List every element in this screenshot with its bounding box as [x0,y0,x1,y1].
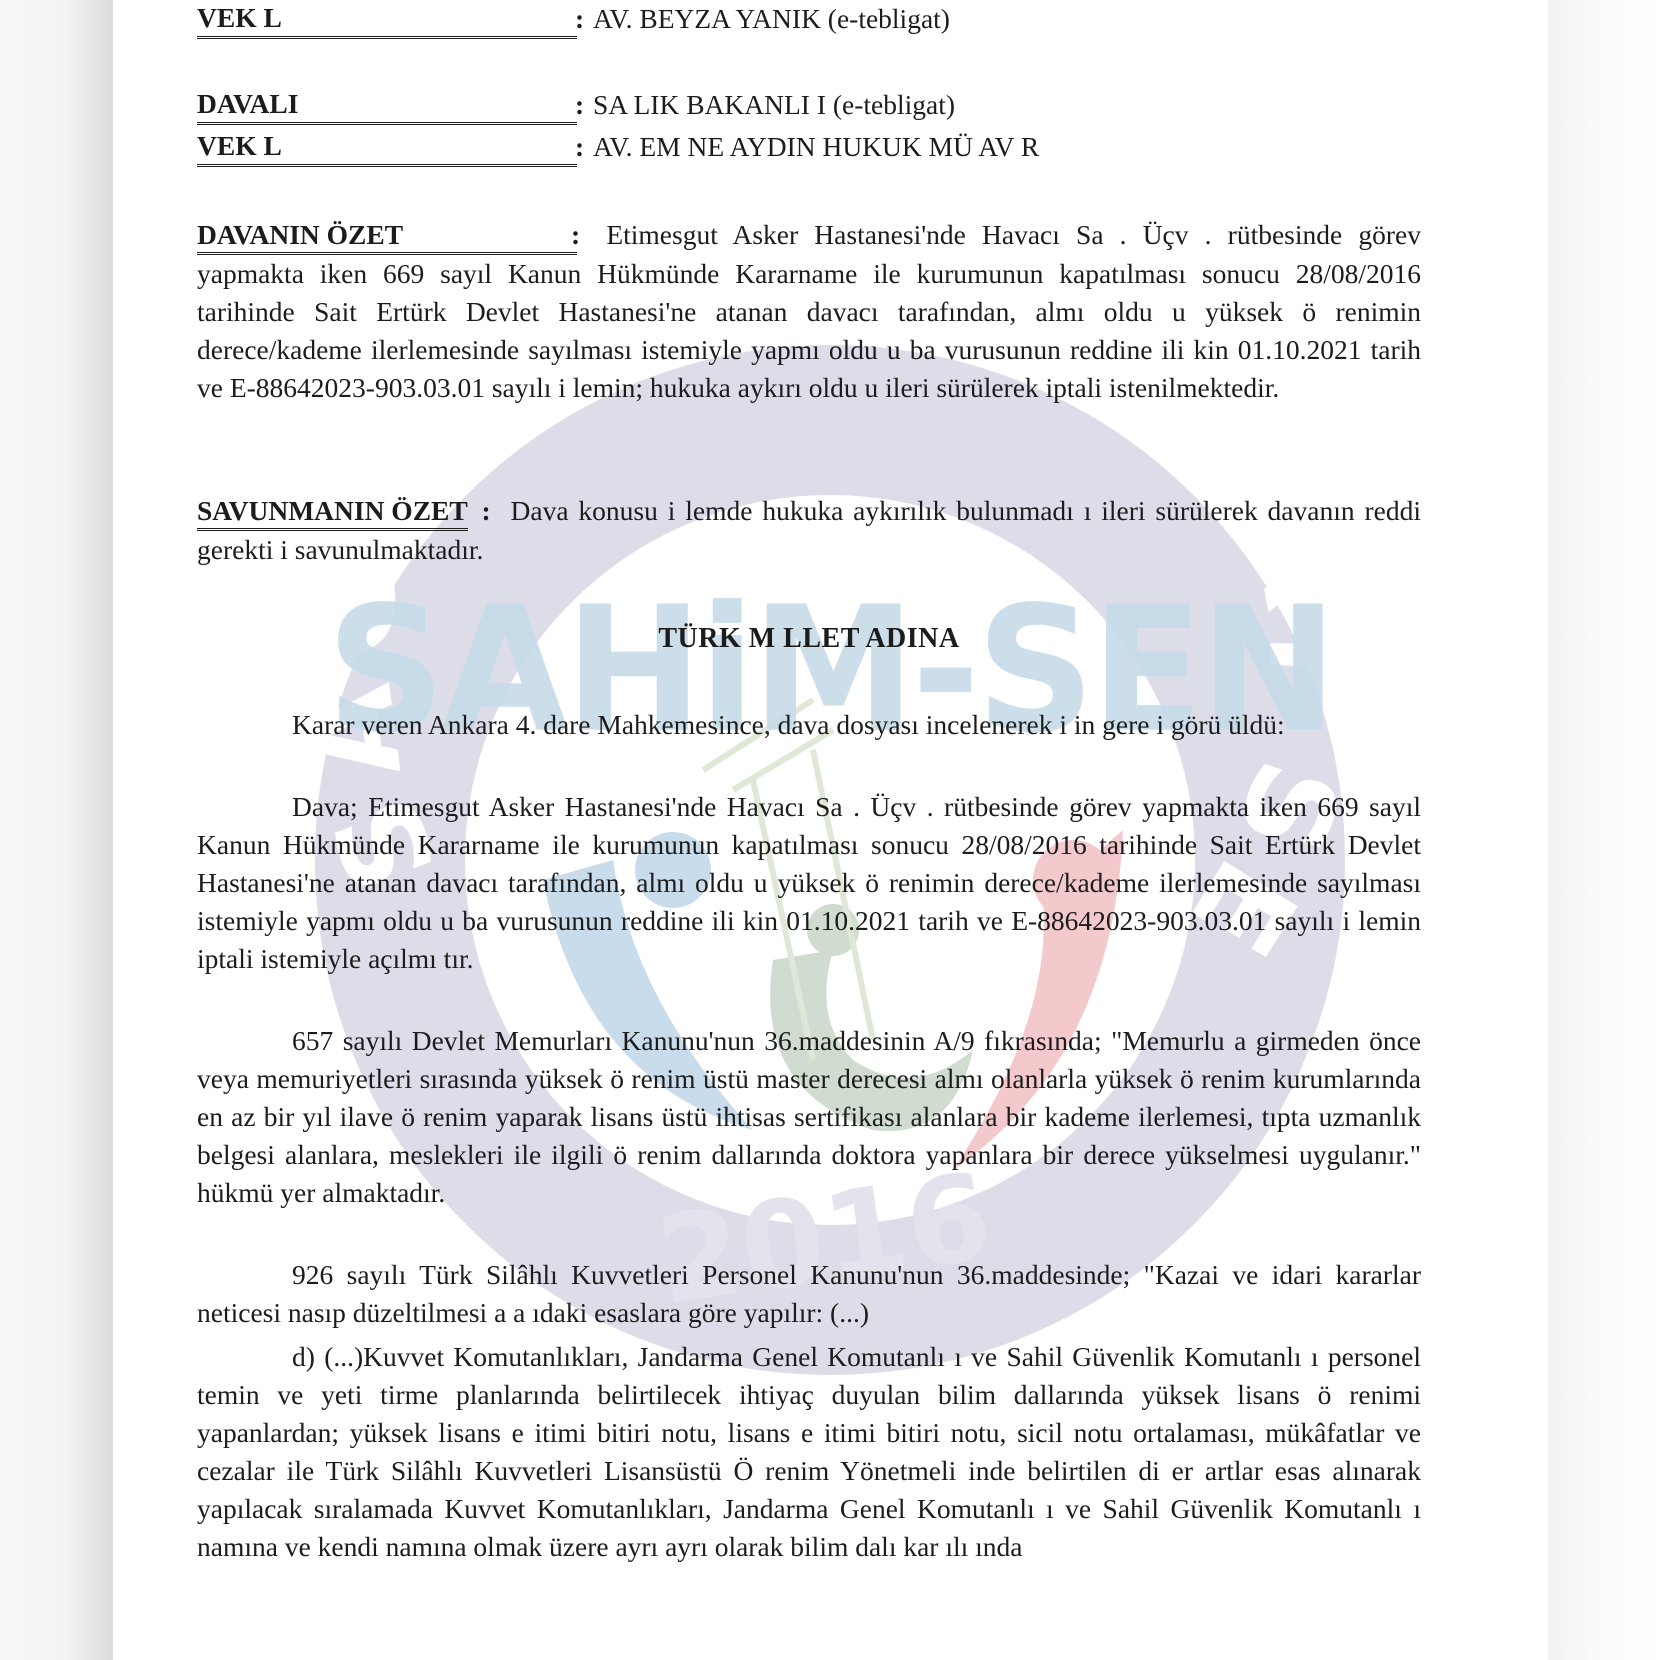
case-summary-label: DAVANIN ÖZET [197,218,577,255]
defense-summary: SAVUNMANIN ÖZET : Dava konusu i lemde hu… [197,492,1421,569]
party-value: SA LIK BAKANLI I (e-tebligat) [593,86,955,124]
party-row-plaintiff-attorney: VEK L : AV. BEYZA YANIK (e-tebligat) [197,0,1421,38]
party-label: VEK L [197,128,577,167]
party-colon: : [575,128,584,166]
party-label: VEK L [197,0,577,39]
paragraph-case: Dava; Etimesgut Asker Hastanesi'nde Hava… [197,788,1421,978]
paragraph-intro: Karar veren Ankara 4. dare Mahkemesince,… [197,706,1421,744]
defense-summary-label: SAVUNMANIN ÖZET [197,494,468,531]
document-page: SAĞLIK HİZMETLERİ SENDİKASI SAHiM-SEN 20… [113,0,1548,1660]
paragraph-law-657: 657 sayılı Devlet Memurları Kanunu'nun 3… [197,1022,1421,1212]
verdict-heading: TÜRK M LLET ADINA [197,620,1421,658]
scan-margin-left [0,0,113,1660]
case-summary: DAVANIN ÖZET: Etimesgut Asker Hastanesi'… [197,216,1421,407]
party-label: DAVALI [197,86,577,125]
paragraph-clause-d: d) (...)Kuvvet Komutanlıkları, Jandarma … [197,1338,1421,1566]
party-value: AV. BEYZA YANIK (e-tebligat) [593,0,950,38]
party-row-defendant: DAVALI : SA LIK BAKANLI I (e-tebligat) [197,86,1421,124]
party-colon: : [575,86,584,124]
scan-margin-right [1548,0,1660,1660]
party-row-defendant-attorney: VEK L : AV. EM NE AYDIN HUKUK MÜ AV R [197,128,1421,166]
party-value: AV. EM NE AYDIN HUKUK MÜ AV R [593,128,1039,166]
party-colon: : [575,0,584,38]
defense-summary-colon: : [481,495,490,526]
case-summary-colon: : [571,219,580,250]
paragraph-law-926: 926 sayılı Türk Silâhlı Kuvvetleri Perso… [197,1256,1421,1332]
